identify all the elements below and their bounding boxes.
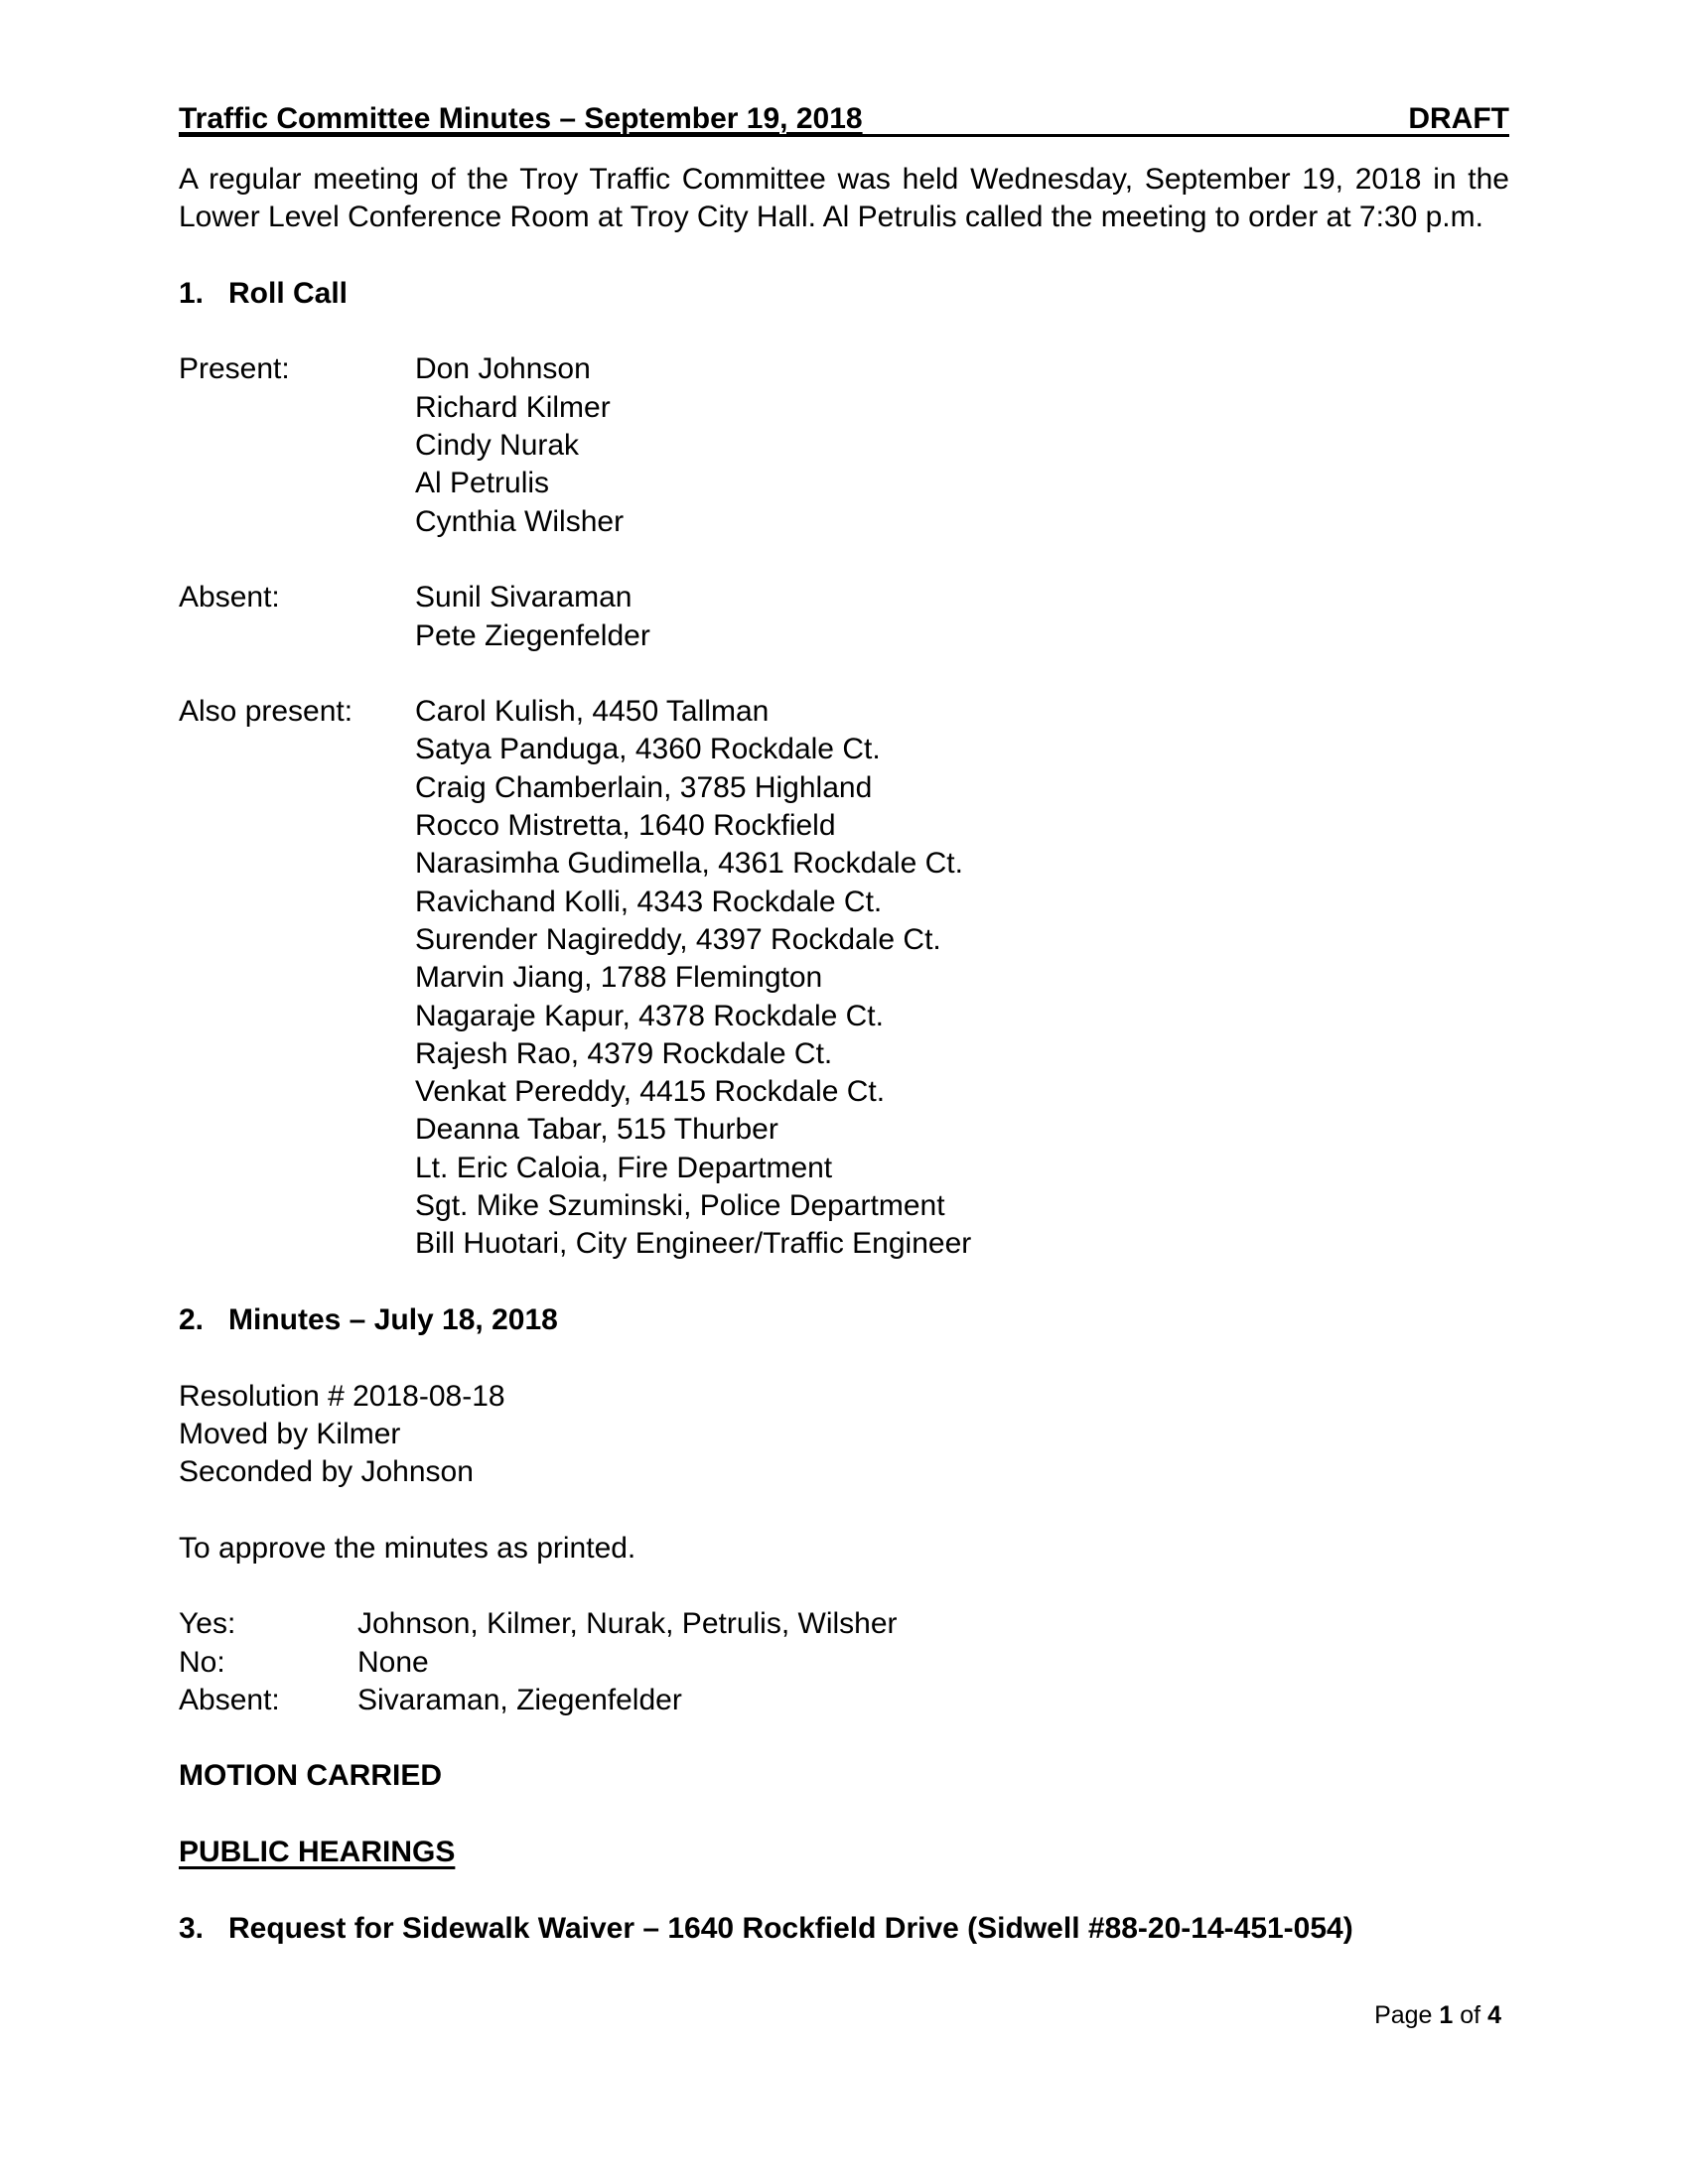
- vote-label: No:: [179, 1644, 357, 1682]
- absent-label: Absent:: [179, 579, 415, 616]
- present-member: Don Johnson: [415, 350, 591, 388]
- roll-call-title: Roll Call: [228, 277, 348, 310]
- attendee: Venkat Pereddy, 4415 Rockdale Ct.: [415, 1073, 885, 1111]
- draft-badge: DRAFT: [1408, 103, 1509, 134]
- minutes-heading: 2.Minutes – July 18, 2018: [179, 1301, 1509, 1339]
- page-word: Page: [1374, 2001, 1432, 2029]
- intro-text: A regular meeting of the Troy Traffic Co…: [179, 161, 1509, 237]
- public-hearings-heading: PUBLIC HEARINGS: [179, 1834, 1509, 1871]
- vote-value: Sivaraman, Ziegenfelder: [357, 1682, 682, 1719]
- intro-paragraph: A regular meeting of the Troy Traffic Co…: [179, 161, 1509, 237]
- vote-row-absent: Absent:Sivaraman, Ziegenfelder: [179, 1682, 1509, 1719]
- attendee: Sgt. Mike Szuminski, Police Department: [415, 1187, 945, 1225]
- vote-value: None: [357, 1644, 429, 1682]
- present-list: Present:Don Johnson Richard Kilmer Cindy…: [179, 350, 1509, 540]
- vote-row-no: No:None: [179, 1644, 1509, 1682]
- seconded-by: Seconded by Johnson: [179, 1453, 1509, 1491]
- absent-member: Pete Ziegenfelder: [415, 617, 650, 655]
- vote-label: Yes:: [179, 1605, 357, 1643]
- present-member: Cynthia Wilsher: [415, 503, 624, 541]
- page-current: 1: [1439, 2001, 1453, 2029]
- document-title: Traffic Committee Minutes – September 19…: [179, 103, 863, 134]
- document-header: Traffic Committee Minutes – September 19…: [179, 103, 1509, 137]
- item3-number: 3.: [179, 1910, 228, 1948]
- attendee: Marvin Jiang, 1788 Flemington: [415, 959, 822, 997]
- moved-by: Moved by Kilmer: [179, 1416, 1509, 1453]
- present-member: Cindy Nurak: [415, 427, 579, 465]
- page-total: 4: [1487, 2001, 1501, 2029]
- attendee: Deanna Tabar, 515 Thurber: [415, 1111, 778, 1149]
- attendee: Craig Chamberlain, 3785 Highland: [415, 769, 872, 807]
- vote-label: Absent:: [179, 1682, 357, 1719]
- motion-text: To approve the minutes as printed.: [179, 1530, 1509, 1568]
- present-label: Present:: [179, 350, 415, 388]
- attendee: Ravichand Kolli, 4343 Rockdale Ct.: [415, 884, 882, 921]
- attendee: Bill Huotari, City Engineer/Traffic Engi…: [415, 1225, 971, 1263]
- attendee: Lt. Eric Caloia, Fire Department: [415, 1150, 832, 1187]
- attendee: Surender Nagireddy, 4397 Rockdale Ct.: [415, 921, 941, 959]
- absent-member: Sunil Sivaraman: [415, 579, 632, 616]
- vote-table: Yes:Johnson, Kilmer, Nurak, Petrulis, Wi…: [179, 1605, 1509, 1719]
- attendee: Rocco Mistretta, 1640 Rockfield: [415, 807, 836, 845]
- motion-result: MOTION CARRIED: [179, 1757, 1509, 1795]
- minutes-title: Minutes – July 18, 2018: [228, 1303, 558, 1336]
- item3-title: Request for Sidewalk Waiver – 1640 Rockf…: [228, 1912, 1353, 1945]
- document-body: A regular meeting of the Troy Traffic Co…: [179, 161, 1509, 1948]
- also-present-label: Also present:: [179, 693, 415, 731]
- page-number: Page 1 of 4: [1374, 2000, 1501, 2030]
- attendee: Nagaraje Kapur, 4378 Rockdale Ct.: [415, 998, 884, 1035]
- item3-heading: 3.Request for Sidewalk Waiver – 1640 Roc…: [179, 1910, 1509, 1948]
- attendee: Satya Panduga, 4360 Rockdale Ct.: [415, 731, 881, 768]
- absent-list: Absent:Sunil Sivaraman Pete Ziegenfelder: [179, 579, 1509, 655]
- attendee: Narasimha Gudimella, 4361 Rockdale Ct.: [415, 845, 963, 883]
- attendee: Rajesh Rao, 4379 Rockdale Ct.: [415, 1035, 832, 1073]
- minutes-number: 2.: [179, 1301, 228, 1339]
- roll-call-heading: 1.Roll Call: [179, 275, 1509, 313]
- present-member: Richard Kilmer: [415, 389, 611, 427]
- of-word: of: [1460, 2001, 1480, 2029]
- attendee: Carol Kulish, 4450 Tallman: [415, 693, 769, 731]
- present-member: Al Petrulis: [415, 465, 549, 502]
- roll-call-number: 1.: [179, 275, 228, 313]
- vote-value: Johnson, Kilmer, Nurak, Petrulis, Wilshe…: [357, 1605, 898, 1643]
- vote-row-yes: Yes:Johnson, Kilmer, Nurak, Petrulis, Wi…: [179, 1605, 1509, 1643]
- resolution-number: Resolution # 2018-08-18: [179, 1378, 1509, 1416]
- also-present-list: Also present:Carol Kulish, 4450 Tallman …: [179, 693, 1509, 1263]
- public-hearings-title: PUBLIC HEARINGS: [179, 1836, 455, 1868]
